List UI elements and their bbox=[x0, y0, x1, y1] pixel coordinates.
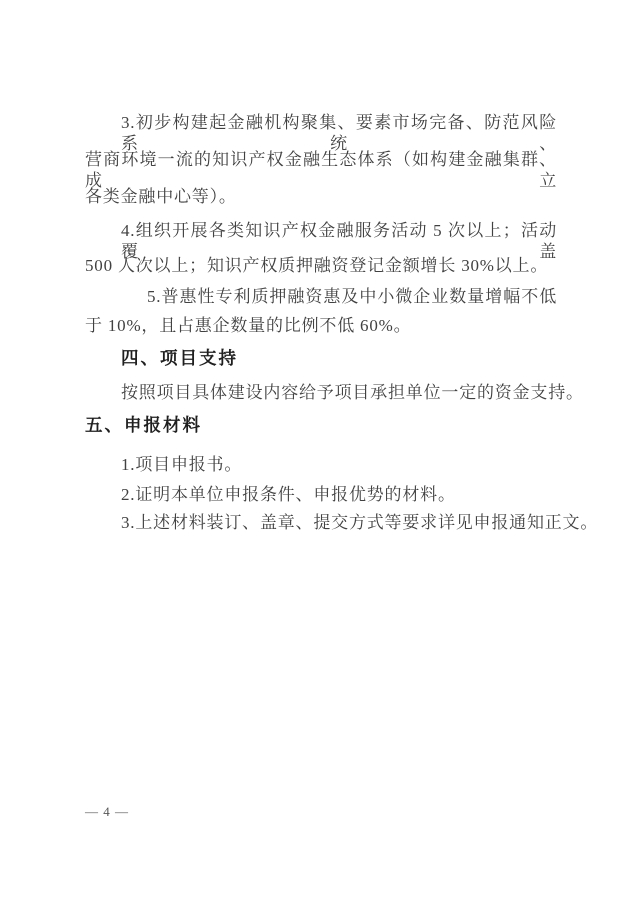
project-support-body-line: 按照项目具体建设内容给予项目承担单位一定的资金支持。 bbox=[85, 382, 557, 403]
materials-item-2: 2.证明本单位申报条件、申报优势的材料。 bbox=[85, 484, 557, 505]
section-heading-project-support: 四、项目支持 bbox=[85, 348, 557, 370]
materials-item-3: 3.上述材料装订、盖章、提交方式等要求详见申报通知正文。 bbox=[85, 512, 557, 533]
paragraph-5-line-2: 于 10%，且占惠企数量的比例不低 60%。 bbox=[85, 315, 557, 336]
section-heading-application-materials: 五、申报材料 bbox=[85, 415, 557, 437]
paragraph-5-line-1: 5.普惠性专利质押融资惠及中小微企业数量增幅不低 bbox=[85, 286, 557, 307]
paragraph-3-line-3: 各类金融中心等）。 bbox=[85, 186, 557, 207]
materials-item-1: 1.项目申报书。 bbox=[85, 454, 557, 475]
page-number: — 4 — bbox=[85, 804, 129, 820]
paragraph-4-line-2: 500 人次以上；知识产权质押融资登记金额增长 30%以上。 bbox=[85, 255, 557, 276]
document-page: 3.初步构建起金融机构聚集、要素市场完备、防范风险系统、 营商环境一流的知识产权… bbox=[0, 0, 636, 900]
